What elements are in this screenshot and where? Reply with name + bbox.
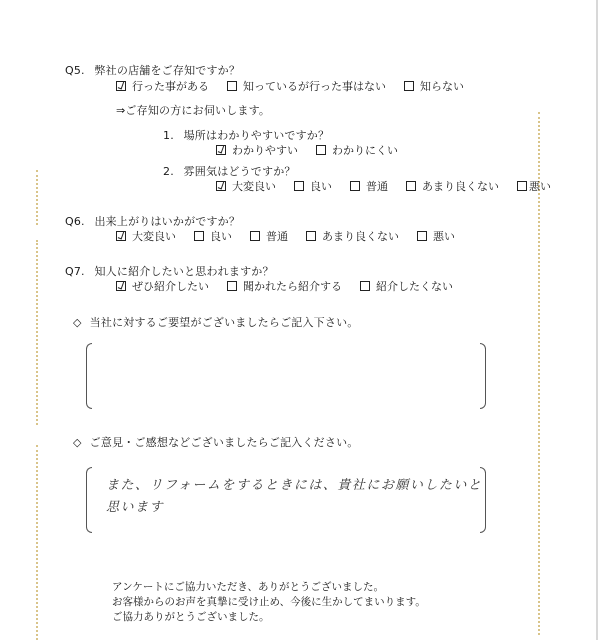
guide-line-left-2 <box>36 240 38 425</box>
q5-text: 弊社の店舗をご存知ですか？ <box>94 64 240 77</box>
handwritten-line-2: 思います <box>106 497 482 519</box>
checkbox-icon[interactable] <box>306 231 316 241</box>
q5-sub2-options: 大変良い 良い 普通 あまり良くない 悪い <box>216 178 551 194</box>
checkbox-checked-icon[interactable] <box>116 81 126 91</box>
page-edge <box>596 0 598 640</box>
q5-sub2-question: 2. 雰囲気はどうですか？ <box>163 163 296 179</box>
bracket-right <box>480 343 486 409</box>
requests-answer-box[interactable] <box>86 343 486 409</box>
checkbox-icon[interactable] <box>294 181 304 191</box>
q6-options: 大変良い 良い 普通 あまり良くない 悪い <box>116 228 455 244</box>
comments-answer-box[interactable]: また、リフォームをするときには、貴社にお願いしたいと 思います <box>86 467 486 533</box>
q6-option-not-good[interactable]: あまり良くない <box>306 228 399 244</box>
checkbox-checked-icon[interactable] <box>216 181 226 191</box>
q5-question: Q5. 弊社の店舗をご存知ですか？ <box>65 62 240 78</box>
requests-prompt: ◇当社に対するご要望がございましたらご記入下さい。 <box>73 314 358 330</box>
checkbox-checked-icon[interactable] <box>216 145 226 155</box>
sub2-option-bad[interactable]: 悪い <box>517 178 551 194</box>
q5-option-visited[interactable]: 行った事がある <box>116 78 209 94</box>
diamond-bullet-icon: ◇ <box>73 436 82 449</box>
closing-line-2: お客様からのお声を真摯に受け止め、今後に生かしてまいります。 <box>112 595 426 610</box>
checkbox-icon[interactable] <box>360 281 370 291</box>
guide-line-left-1 <box>36 170 38 225</box>
q6-option-normal[interactable]: 普通 <box>250 228 288 244</box>
sub2-option-very-good[interactable]: 大変良い <box>216 178 276 194</box>
q7-option-no[interactable]: 紹介したくない <box>360 278 453 294</box>
q5-option-known-not-visited[interactable]: 知っているが行った事はない <box>227 78 386 94</box>
checkbox-checked-icon[interactable] <box>116 231 126 241</box>
q7-option-if-asked[interactable]: 聞かれたら紹介する <box>227 278 342 294</box>
checkbox-icon[interactable] <box>227 81 237 91</box>
closing-line-3: ご協力ありがとうございました。 <box>112 610 426 625</box>
bracket-left <box>86 343 92 409</box>
checkbox-icon[interactable] <box>316 145 326 155</box>
checkbox-icon[interactable] <box>406 181 416 191</box>
sub2-option-not-good[interactable]: あまり良くない <box>406 178 499 194</box>
q6-option-very-good[interactable]: 大変良い <box>116 228 176 244</box>
handwritten-line-1: また、リフォームをするときには、貴社にお願いしたいと <box>106 475 482 497</box>
q7-question: Q7. 知人に紹介したいと思われますか？ <box>65 263 274 279</box>
q6-question: Q6. 出来上がりはいかがですか？ <box>65 213 240 229</box>
diamond-bullet-icon: ◇ <box>73 316 82 329</box>
checkbox-icon[interactable] <box>350 181 360 191</box>
q6-option-bad[interactable]: 悪い <box>417 228 455 244</box>
checkbox-icon[interactable] <box>404 81 414 91</box>
checkbox-icon[interactable] <box>517 181 527 191</box>
sub2-option-normal[interactable]: 普通 <box>350 178 388 194</box>
comments-prompt: ◇ご意見・ご感想などございましたらご記入ください。 <box>73 434 358 450</box>
closing-message: アンケートにご協力いただき、ありがとうございました。 お客様からのお声を真摯に受… <box>112 580 426 625</box>
q6-option-good[interactable]: 良い <box>194 228 232 244</box>
q5-sub1-question: 1. 場所はわかりやすいですか？ <box>163 127 329 143</box>
checkbox-icon[interactable] <box>227 281 237 291</box>
comments-answer: また、リフォームをするときには、貴社にお願いしたいと 思います <box>106 475 482 519</box>
q5-sub1-options: わかりやすい わかりにくい <box>216 142 398 158</box>
checkbox-icon[interactable] <box>417 231 427 241</box>
q7-options: ぜひ紹介したい 聞かれたら紹介する 紹介したくない <box>116 278 453 294</box>
closing-line-1: アンケートにご協力いただき、ありがとうございました。 <box>112 580 426 595</box>
checkbox-icon[interactable] <box>194 231 204 241</box>
q5-options: 行った事がある 知っているが行った事はない 知らない <box>116 78 464 94</box>
q7-option-definitely[interactable]: ぜひ紹介したい <box>116 278 209 294</box>
q5-label: Q5. <box>65 64 85 77</box>
checkbox-checked-icon[interactable] <box>116 281 126 291</box>
bracket-left <box>86 467 92 533</box>
checkbox-icon[interactable] <box>250 231 260 241</box>
sub1-option-easy[interactable]: わかりやすい <box>216 142 298 158</box>
sub2-option-good[interactable]: 良い <box>294 178 332 194</box>
q5-option-unknown[interactable]: 知らない <box>404 78 464 94</box>
sub1-option-hard[interactable]: わかりにくい <box>316 142 398 158</box>
guide-line-left-3 <box>36 445 38 640</box>
q5-followup: ⇒ご存知の方にお伺いします。 <box>116 102 270 118</box>
